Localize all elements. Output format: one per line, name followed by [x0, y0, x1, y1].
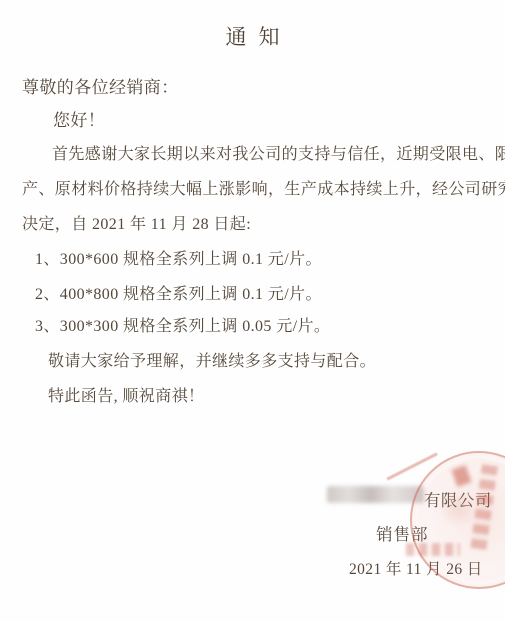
- price-adjustment-item: 2、400*800 规格全系列上调 0.1 元/片。: [35, 281, 322, 304]
- greeting-line: 您好！: [53, 106, 105, 131]
- body-paragraph-line: 产、原材料价格持续大幅上涨影响，生产成本持续上升，经公司研究: [22, 176, 505, 199]
- document-title: 通知: [0, 21, 505, 51]
- body-paragraph-line: 首先感谢大家长期以来对我公司的支持与信任，近期受限电、限: [52, 141, 505, 164]
- salutation: 尊敬的各位经销商：: [22, 73, 179, 98]
- price-adjustment-item: 3、300*300 规格全系列上调 0.05 元/片。: [35, 313, 330, 336]
- closing-appreciation-line: 敬请大家给予理解，并继续多多支持与配合。: [48, 348, 376, 371]
- seal-bottom-text-marks: [406, 543, 460, 556]
- scanned-notice-document: 通知 尊敬的各位经销商： 您好！ 首先感谢大家长期以来对我公司的支持与信任，近期…: [0, 0, 505, 622]
- company-seal: [410, 451, 505, 589]
- body-paragraph-line: 决定，自 2021 年 11 月 28 日起:: [22, 211, 251, 234]
- closing-notice-line: 特此函告, 顺祝商祺！: [48, 383, 204, 406]
- price-adjustment-item: 1、300*600 规格全系列上调 0.1 元/片。: [35, 246, 322, 269]
